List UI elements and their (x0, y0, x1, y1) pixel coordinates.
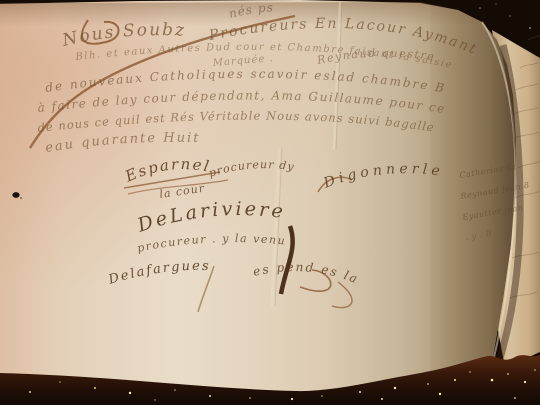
manuscript-photo: nés ps Nous Soubz Procureurs En Lacour A… (0, 0, 540, 405)
manuscript-photo-canvas: nés ps Nous Soubz Procureurs En Lacour A… (0, 0, 540, 405)
